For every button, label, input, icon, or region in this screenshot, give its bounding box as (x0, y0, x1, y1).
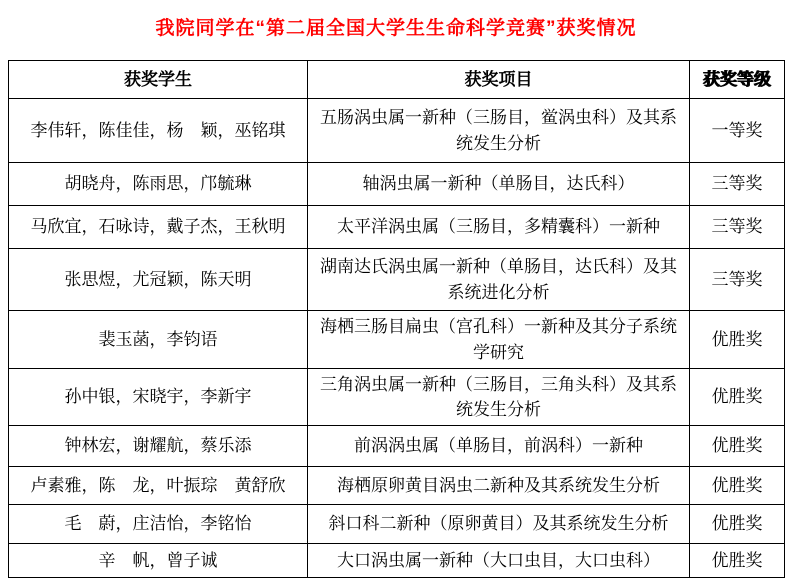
cell-award: 优胜奖 (690, 426, 785, 467)
cell-project: 海栖原卵黄目涡虫二新种及其系统发生分析 (308, 467, 690, 505)
table-row: 毛 蔚，庄洁怡，李铭怡 斜口科二新种（原卵黄目）及其系统发生分析 优胜奖 (9, 505, 785, 544)
header-project: 获奖项目 (308, 61, 690, 99)
cell-students: 辛 帆，曾子诚 (9, 544, 308, 578)
cell-project: 轴涡虫属一新种（单肠目，达氏科） (308, 163, 690, 206)
cell-project: 大口涡虫属一新种（大口虫目，大口虫科） (308, 544, 690, 578)
cell-project: 太平洋涡虫属（三肠目，多精囊科）一新种 (308, 206, 690, 249)
cell-students: 张思煜，尤冠颖，陈天明 (9, 249, 308, 311)
table-row: 裴玉菡，李钧语 海栖三肠目扁虫（宫孔科）一新种及其分子系统学研究 优胜奖 (9, 311, 785, 369)
cell-project: 斜口科二新种（原卵黄目）及其系统发生分析 (308, 505, 690, 544)
awards-table: 获奖学生 获奖项目 获奖等级 李伟轩，陈佳佳，杨 颖，巫铭琪 五肠涡虫属一新种（… (8, 60, 785, 578)
cell-project: 前涡涡虫属（单肠目，前涡科）一新种 (308, 426, 690, 467)
table-row: 辛 帆，曾子诚 大口涡虫属一新种（大口虫目，大口虫科） 优胜奖 (9, 544, 785, 578)
table-row: 卢素雅，陈 龙，叶振琮 黄舒欣 海栖原卵黄目涡虫二新种及其系统发生分析 优胜奖 (9, 467, 785, 505)
header-award: 获奖等级 (690, 61, 785, 99)
header-students: 获奖学生 (9, 61, 308, 99)
cell-students: 卢素雅，陈 龙，叶振琮 黄舒欣 (9, 467, 308, 505)
cell-award: 优胜奖 (690, 544, 785, 578)
table-row: 钟林宏，谢耀航，蔡乐添 前涡涡虫属（单肠目，前涡科）一新种 优胜奖 (9, 426, 785, 467)
table-row: 马欣宜，石咏诗，戴子杰，王秋明 太平洋涡虫属（三肠目，多精囊科）一新种 三等奖 (9, 206, 785, 249)
cell-students: 钟林宏，谢耀航，蔡乐添 (9, 426, 308, 467)
table-row: 胡晓舟，陈雨思，邝毓琳 轴涡虫属一新种（单肠目，达氏科） 三等奖 (9, 163, 785, 206)
cell-award: 一等奖 (690, 99, 785, 163)
cell-project: 海栖三肠目扁虫（宫孔科）一新种及其分子系统学研究 (308, 311, 690, 369)
cell-students: 毛 蔚，庄洁怡，李铭怡 (9, 505, 308, 544)
cell-project: 五肠涡虫属一新种（三肠目，鲎涡虫科）及其系统发生分析 (308, 99, 690, 163)
table-row: 张思煜，尤冠颖，陈天明 湖南达氏涡虫属一新种（单肠目，达氏科）及其系统进化分析 … (9, 249, 785, 311)
cell-students: 马欣宜，石咏诗，戴子杰，王秋明 (9, 206, 308, 249)
cell-award: 三等奖 (690, 206, 785, 249)
table-row: 孙中银，宋晓宇，李新宇 三角涡虫属一新种（三肠目，三角头科）及其系统发生分析 优… (9, 369, 785, 426)
awards-table-body: 李伟轩，陈佳佳，杨 颖，巫铭琪 五肠涡虫属一新种（三肠目，鲎涡虫科）及其系统发生… (9, 99, 785, 578)
page-title: 我院同学在“第二届全国大学生生命科学竞赛”获奖情况 (0, 13, 792, 40)
cell-students: 孙中银，宋晓宇，李新宇 (9, 369, 308, 426)
cell-award: 三等奖 (690, 249, 785, 311)
cell-project: 三角涡虫属一新种（三肠目，三角头科）及其系统发生分析 (308, 369, 690, 426)
cell-students: 裴玉菡，李钧语 (9, 311, 308, 369)
cell-award: 优胜奖 (690, 467, 785, 505)
cell-students: 胡晓舟，陈雨思，邝毓琳 (9, 163, 308, 206)
cell-award: 优胜奖 (690, 369, 785, 426)
header-row: 获奖学生 获奖项目 获奖等级 (9, 61, 785, 99)
cell-students: 李伟轩，陈佳佳，杨 颖，巫铭琪 (9, 99, 308, 163)
cell-award: 优胜奖 (690, 505, 785, 544)
cell-award: 三等奖 (690, 163, 785, 206)
cell-award: 优胜奖 (690, 311, 785, 369)
table-row: 李伟轩，陈佳佳，杨 颖，巫铭琪 五肠涡虫属一新种（三肠目，鲎涡虫科）及其系统发生… (9, 99, 785, 163)
cell-project: 湖南达氏涡虫属一新种（单肠目，达氏科）及其系统进化分析 (308, 249, 690, 311)
